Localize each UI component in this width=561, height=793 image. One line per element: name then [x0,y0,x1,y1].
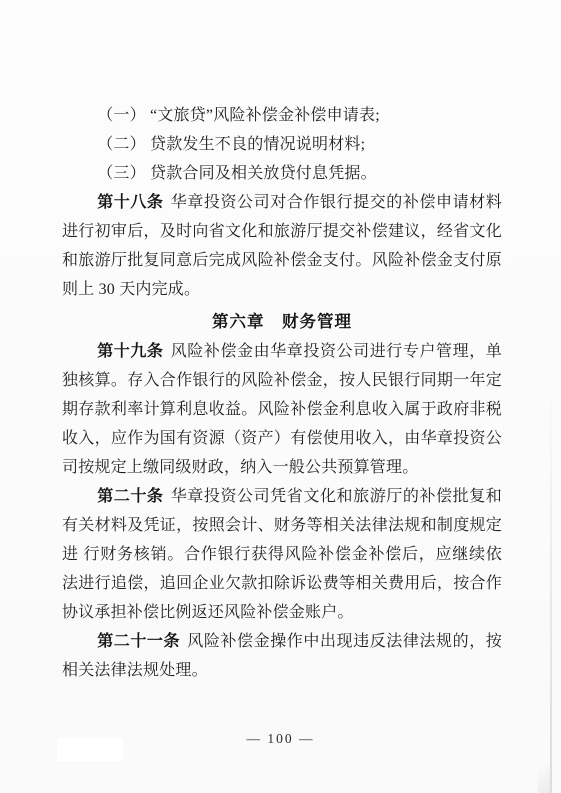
article-number: 第十八条 [97,194,163,211]
chapter-heading: 第六章 财务管理 [62,307,502,336]
paragraph-text: 风险补偿金由华章投资公司进行专户管理，单独核算。存入合作银行的风险补偿金，按人民… [62,343,502,476]
article-paragraph: 第十九条风险补偿金由华章投资公司进行专户管理，单独核算。存入合作银行的风险补偿金… [62,337,502,482]
article-number: 第二十条 [97,488,163,505]
list-item: （三） 贷款合同及相关放贷付息凭据。 [62,159,502,188]
list-item: （一） “文旅贷”风险补偿金补偿申请表; [62,101,502,130]
whiteout-patch [57,738,123,761]
list-item: （二） 贷款发生不良的情况说明材料; [62,130,502,159]
article-paragraph: 第二十条华章投资公司凭省文化和旅游厅的补偿批复和有关材料及凭证，按照会计、财务等… [62,482,502,627]
body-text: （一） “文旅贷”风险补偿金补偿申请表;（二） 贷款发生不良的情况说明材料;（三… [62,101,502,685]
page-number: — 100 — [247,731,315,746]
article-number: 第二十一条 [97,633,180,650]
article-paragraph: 第二十一条风险补偿金操作中出现违反法律法规的，按相关法律法规处理。 [62,627,502,685]
article-number: 第十九条 [97,343,163,360]
paragraph-text: 华章投资公司凭省文化和旅游厅的补偿批复和有关材料及凭证，按照会计、财务等相关法律… [62,488,502,621]
scan-edge-line [550,380,552,793]
article-paragraph: 第十八条华章投资公司对合作银行提交的补偿申请材料进行初审后，及时向省文化和旅游厅… [62,188,502,304]
scan-corner-smudge [538,766,552,793]
document-page: （一） “文旅贷”风险补偿金补偿申请表;（二） 贷款发生不良的情况说明材料;（三… [0,0,561,793]
